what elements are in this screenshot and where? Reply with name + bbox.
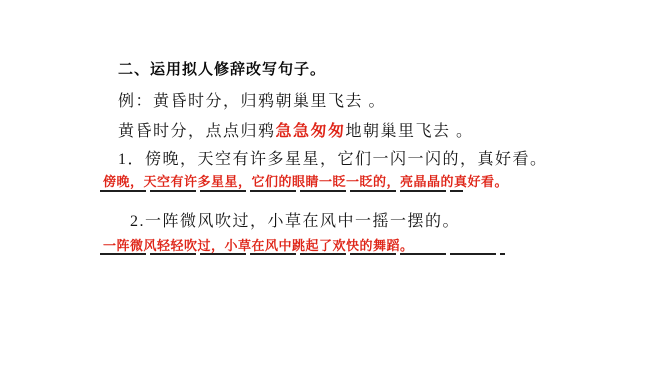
example-sentence: 例：黄昏时分，归鸦朝巢里飞去 。 — [118, 88, 386, 111]
question-1-number: 1． — [118, 151, 145, 168]
question-2-sentence: 2.一阵微风吹过，小草在风中一摇一摆的。 — [130, 208, 460, 231]
question-1-text: 傍晚，天空有许多星星，它们一闪一闪的，真好看。 — [145, 151, 548, 168]
exercise-title: 二、运用拟人修辞改写句子。 — [118, 58, 326, 79]
example-rewrite-sentence: 黄昏时分，点点归鸦急急匆匆地朝巢里飞去 。 — [118, 118, 474, 141]
question-1-answer: 傍晚，天空有许多星星，它们的眼睛一眨一眨的，亮晶晶的真好看。 — [103, 171, 508, 190]
question-1-sentence: 1．傍晚，天空有许多星星，它们一闪一闪的，真好看。 — [118, 146, 548, 169]
question-1-answer-blank-line — [100, 190, 463, 192]
example-rewrite-highlight: 急急匆匆 — [276, 123, 346, 140]
question-2-text: 一阵微风吹过，小草在风中一摇一摆的。 — [145, 213, 460, 230]
example-rewrite-prefix: 黄昏时分，点点归鸦 — [118, 123, 276, 140]
worksheet-page: 二、运用拟人修辞改写句子。 例：黄昏时分，归鸦朝巢里飞去 。 黄昏时分，点点归鸦… — [0, 0, 668, 376]
question-2-number: 2. — [130, 213, 145, 230]
question-2-answer: 一阵微风轻轻吹过，小草在风中跳起了欢快的舞蹈。 — [103, 235, 414, 254]
example-rewrite-suffix: 地朝巢里飞去 。 — [346, 123, 474, 140]
question-2-answer-blank-line — [100, 253, 505, 255]
